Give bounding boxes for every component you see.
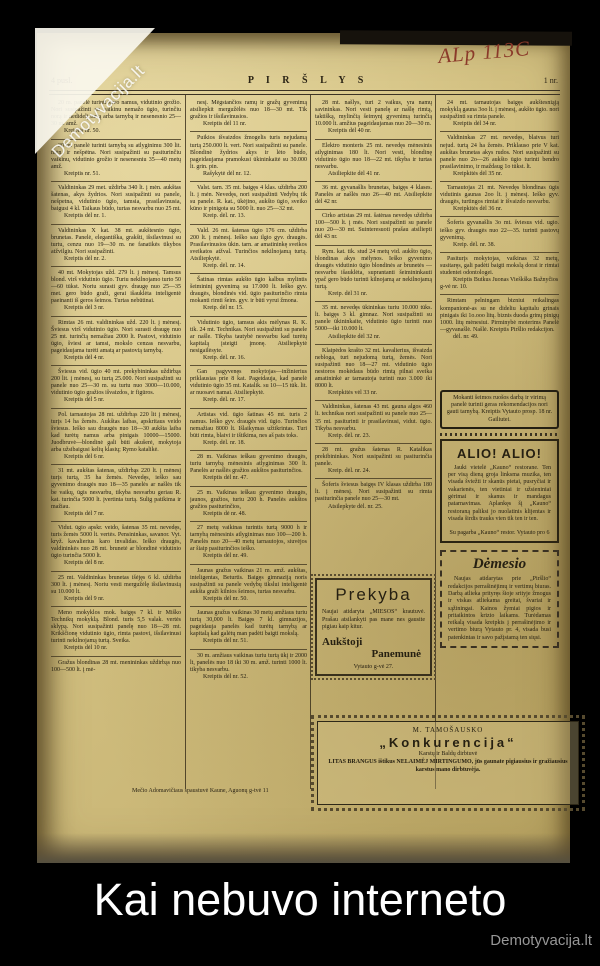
- ads-list-1: 20 m. panelė turinti savo namus, vidutin…: [51, 97, 181, 789]
- ad-reference: Kreiptis dėl 4 nr.: [51, 355, 181, 362]
- ad-reference: Rašykytė dėl nr. 12.: [190, 171, 307, 178]
- ad-text: Gražus blondinas 28 mt. menininkas uždir…: [51, 660, 181, 674]
- classified-ad: 30 m. amžiaus vaikinas turiu turtą ūkį i…: [190, 649, 307, 681]
- classified-ad: Gražus blondinas 28 mt. menininkas uždir…: [51, 656, 181, 674]
- konkurencija-title: „Konkurencija“: [326, 735, 570, 750]
- ad-text: Meno mokyklos mok. baigęs 7 kl. ir Miško…: [51, 610, 181, 645]
- classified-ad: Meno mokyklos mok. baigęs 7 kl. ir Miško…: [51, 606, 181, 653]
- classified-ad: 28 mt. gražus šatenas R. Katalikas preki…: [315, 443, 432, 475]
- prekyba-address: Vytauto g-vė 27.: [322, 664, 425, 670]
- classified-ad: 35 mt. nevedęs ūkininkas turiu 10.000 tū…: [315, 301, 432, 341]
- classified-ad: 40 mt. Mokytojas užd. 279 lt. į mėnesį. …: [51, 266, 181, 313]
- classified-ad: 25 mt. Valdininkas brunetas išėjęs 6 kl.…: [51, 571, 181, 603]
- classified-ad: Tarnautojas 21 mt. Nevedęs blondinas ūgi…: [440, 181, 559, 213]
- ad-text: 30 m. amžiaus vaikinas turiu turtą ūkį i…: [190, 653, 307, 674]
- alio-ad-box: ALIO! ALIO! Jauki vietelė „Kauno“ restor…: [440, 439, 559, 544]
- prekyba-place-line2: Panemunė: [322, 648, 421, 660]
- ads-column-3: 28 mt. našlys, turi 2 vaikus, yra namų s…: [315, 97, 432, 789]
- demesio-body: Naujas atidarytas prie „Piršlio“ redakci…: [448, 576, 551, 642]
- ad-reference: Kreiptis nr. 51.: [51, 171, 181, 178]
- prekyba-ad-box: Prekyba Naujai atidaryta „MIESOS“ krautu…: [315, 578, 432, 676]
- ad-text: Valdininkas X kat. 38 mt. aukštesnio ūgi…: [51, 228, 181, 256]
- demotivational-poster: 4 pusl. P I R Š L Y S 1 nr. 20 m. panelė…: [0, 0, 600, 966]
- ad-text: Pasiturįs mokytojas, vaikinas 32 metų, s…: [440, 256, 559, 277]
- classified-ad: Vidut. ūgio apskr. veido, šatenas 35 mt.…: [51, 521, 181, 568]
- ad-text: Vidutinio ūgio, tamsus akis mėlynas R. K…: [190, 320, 307, 355]
- ad-reference: Kreipkitės dėl 35 nr.: [440, 171, 559, 178]
- printer-imprint: Mečio Adomavičiaus spaustuvė Kaune, Aguo…: [132, 788, 269, 794]
- classified-ad: Puikios išvaizdos žmogelis turis nejudam…: [190, 131, 307, 178]
- classified-ad: Pol. tarnautojas 28 mt. uždirbąs 220 lit…: [51, 408, 181, 462]
- konkurencija-body: LITAS BRANGUS ištikus NELAIMĖJ MIRTINGUM…: [326, 759, 570, 774]
- ad-text: Jaunas gražus vaikinas 21 m. amž. aukšta…: [190, 568, 307, 596]
- ad-text: Šviesus vid. ūgio 40 mt. prekybininkas u…: [51, 369, 181, 397]
- ad-text: 25 m. Vaikinas ieškau gyvenimo draugės, …: [190, 490, 307, 511]
- classified-ad: 36 mt. gyvanašlis brunetas, baigęs 4 kla…: [315, 181, 432, 206]
- ad-text: Gan pagyvenęs mokytojas—inžinierius prik…: [190, 369, 307, 397]
- ad-text: Vald. 26 mt. šatenas ūgio 176 cm. uždirb…: [190, 228, 307, 263]
- column-divider: [185, 95, 186, 789]
- classified-ad: Šoferis šviesus baigęs IV klasas uždirba…: [315, 478, 432, 510]
- ad-reference: Kreip. dėl. nr. 18.: [190, 440, 307, 447]
- ad-text: 27 metų vaikinas turintis turtą 9000 h i…: [190, 525, 307, 553]
- ad-reference: Kreip. dėl. nr. 17.: [190, 397, 307, 404]
- classified-ad: Gan pagyvenęs mokytojas—inžinierius prik…: [190, 365, 307, 405]
- ad-text: Jaunas gražus vaikinas 30 metų amžiaus t…: [190, 610, 307, 638]
- framed-classified-ad: Mokanti šeimos ruošos darbą ir virimą pa…: [440, 390, 559, 429]
- ad-reference: Kreip. dėl. nr. 14.: [190, 263, 307, 270]
- ads-list-4: 24 mt. tarnautojas baigęs aukštesniąją m…: [440, 97, 559, 385]
- ad-text: 28 mt. gražus šatenas R. Katalikas preki…: [315, 447, 432, 468]
- ad-text: 28 mt. našlys, turi 2 vaikus, yra namų s…: [315, 100, 432, 128]
- ad-text: Klaipėdos krašto 32 mt. kavalierius, išv…: [315, 348, 432, 390]
- ad-reference: Kreiptis dėl nr. 51.: [190, 638, 307, 645]
- ad-reference: Kreiptis dėl 3 nr.: [51, 305, 181, 312]
- classified-ad: Rimtam pelningam bizniui reikalingas kom…: [440, 294, 559, 341]
- ad-reference: Kreiptis dėl nr. 1.: [51, 213, 181, 220]
- konkurencija-ad-box: M. TAMOŠAUSKO „Konkurencija“ Karstų ir B…: [317, 721, 579, 805]
- ad-reference: Kreip. dėl. nr. 13.: [190, 213, 307, 220]
- classified-ad: Valdininkas 27 mt. nevedęs, blaivus turi…: [440, 131, 559, 178]
- prekyba-place-line1: Aukštoji: [322, 636, 425, 648]
- classified-ad: Rym. kat. tik. stud 24 metų vid. aukšto …: [315, 245, 432, 299]
- ad-text: Valst. tarn. 35 mt. baigęs 4 klas. uždir…: [190, 185, 307, 213]
- site-credit: Demotyvacija.lt: [490, 932, 592, 949]
- classified-ad: nesį. Mėgstančios ramų ir gražų gyvenimą…: [190, 97, 307, 128]
- ad-text: Valdininkas 27 mt. nevedęs, blaivus turi…: [440, 135, 559, 170]
- prekyba-body: Naujai atidaryta „MIESOS“ krautuvė. Praš…: [322, 609, 425, 632]
- ad-text: Šoferis gyvanašlis 3o mt. šviesus vid. u…: [440, 220, 559, 241]
- ad-reference: Atsilepkyte dėl. nr. 25.: [315, 504, 432, 511]
- ad-reference: Kreiptis dėl 9 nr.: [51, 596, 181, 603]
- alio-title: ALIO! ALIO!: [448, 446, 551, 461]
- alio-signoff: Su pagarba „Kauno“ restor. Vytauto pro 6: [448, 530, 551, 536]
- prekyba-title: Prekyba: [322, 585, 425, 605]
- ad-text: Šatinas rimtas aukšto ūgio kalbus mylint…: [190, 277, 307, 305]
- ad-reference: Kreip. dėl. nr. 16.: [190, 355, 307, 362]
- konkurencija-subtitle: Karstų ir Baldų dirbtuvė: [326, 751, 570, 757]
- classified-ad: 27 metų vaikinas turintis turtą 9000 h i…: [190, 521, 307, 561]
- poster-caption: Kai nebuvo interneto: [0, 874, 600, 926]
- classified-ad: Valdininkas 29 met. uždirba 340 lt. į mė…: [51, 181, 181, 221]
- ad-text: Vidut. ūgio apskr. veido, šatenas 35 mt.…: [51, 525, 181, 560]
- ads-list-2: nesį. Mėgstančios ramų ir gražų gyvenimą…: [190, 97, 307, 789]
- classified-ad: 25 m. Vaikinas ieškau gyvenimo draugės, …: [190, 486, 307, 518]
- ads-list-3: 28 mt. našlys, turi 2 vaikus, yra namų s…: [315, 97, 432, 573]
- ads-column-1: 20 m. panelė turinti savo namus, vidutin…: [51, 97, 181, 789]
- ad-text: 36 mt. gyvanašlis brunetas, baigęs 4 kla…: [315, 185, 432, 206]
- classified-ad: Jaunas gražus vaikinas 30 metų amžiaus t…: [190, 606, 307, 646]
- ad-reference: Kreip. dėl. nr. 24.: [315, 468, 432, 475]
- ad-text: Pol. tarnautojas 28 mt. uždirbąs 220 lit…: [51, 412, 181, 454]
- ad-text: 24 mt. tarnautojas baigęs aukštesniąją m…: [440, 100, 559, 121]
- ad-text: Rimtam pelningam bizniui reikalingas kom…: [440, 298, 559, 333]
- konkurencija-owner: M. TAMOŠAUSKO: [326, 726, 570, 734]
- ads-column-2: nesį. Mėgstančios ramų ir gražų gyvenimą…: [190, 97, 307, 789]
- ad-reference: Kreip. dėl nr. 15.: [190, 305, 307, 312]
- classified-ad: Šviesus vid. ūgio 40 mt. prekybininkas u…: [51, 365, 181, 405]
- ad-text: Cirko artistas 29 mt. šatėnas nevedęs už…: [315, 213, 432, 241]
- alio-body: Jauki vietelė „Kauno“ restorane. Ten per…: [448, 465, 551, 524]
- classified-ad: Šoferis gyvanašlis 3o mt. šviesus vid. u…: [440, 216, 559, 248]
- ad-reference: Kreiptis dėl 11 nr.: [190, 121, 307, 128]
- classified-ad: 28 mt. našlys, turi 2 vaikus, yra namų s…: [315, 97, 432, 136]
- ad-text: Tarnautojas 21 mt. Nevedęs blondinas ūgi…: [440, 185, 559, 206]
- ad-text: Puikios išvaizdos žmogelis turis nejudam…: [190, 135, 307, 170]
- ad-text: 40 mt. Mokytojas užd. 279 lt. į mėnesį. …: [51, 270, 181, 305]
- issue-number-label: 1 nr.: [544, 76, 558, 85]
- ad-text: Elektro monteris 25 mt. nevedęs mėnesini…: [315, 143, 432, 171]
- ad-reference: Kreiptis dėl nr. 50.: [190, 596, 307, 603]
- ad-text: 25 mt. Valdininkas brunetas išėjęs 6 kl.…: [51, 575, 181, 596]
- column-divider: [435, 95, 436, 789]
- ad-text: Rym. kat. tik. stud 24 metų vid. aukšto …: [315, 249, 432, 291]
- ad-text: 35 mt. nevedęs ūkininkas turiu 10.000 tū…: [315, 305, 432, 333]
- ad-reference: Kreipkitės vėl 33 nr.: [315, 390, 432, 397]
- newspaper-page: 4 pusl. P I R Š L Y S 1 nr. 20 m. panelė…: [37, 33, 570, 863]
- classified-ad: Elektro monteris 25 mt. nevedęs mėnesini…: [315, 139, 432, 179]
- ad-reference: Atsiliepkite dėl 41 nr.: [315, 171, 432, 178]
- ad-reference: Kreiptis dėl 7 nr.: [51, 511, 181, 518]
- ad-reference: Kreip. dėl. nr. 38.: [440, 242, 559, 249]
- ad-reference: Kreiptis dėl 34 nr.: [440, 121, 559, 128]
- ad-reference: Kreiptis Butkus Juonas Vieškška Bažnyčio…: [440, 277, 559, 291]
- ad-text: 31 mt. aukštas šatenas, uždirbąs 220 lt.…: [51, 468, 181, 510]
- ad-reference: Kreiptis dėl nr. 49.: [190, 553, 307, 560]
- ad-reference: Kreiptis dėl nr. 2.: [51, 256, 181, 263]
- ad-text: nesį. Mėgstančios ramų ir gražų gyvenimą…: [190, 100, 307, 121]
- ad-text: Rimtas 26 mt. valdininkas užd. 220 lt. į…: [51, 320, 181, 355]
- demesio-ad-box: Dėmesio Naujas atidarytas prie „Piršlio“…: [440, 550, 559, 648]
- ad-text: Artistas vid. ūgio šatinas 45 mt. turis …: [190, 412, 307, 440]
- classified-ad: Vald. 26 mt. šatenas ūgio 176 cm. uždirb…: [190, 224, 307, 271]
- ad-text: Valdininkas 29 met. uždirba 340 lt. į mė…: [51, 185, 181, 213]
- ad-reference: Kreip. dėl 31 nr.: [315, 291, 432, 298]
- ad-reference: Kreiptis dė nr. 48.: [190, 511, 307, 518]
- classified-ad: Artistas vid. ūgio šatinas 45 mt. turis …: [190, 408, 307, 448]
- framed-ad-text: Mokanti šeimos ruošos darbą ir virimą pa…: [446, 395, 553, 424]
- classified-ad: Šatinas rimtas aukšto ūgio kalbus mylint…: [190, 273, 307, 313]
- classified-ad: Vidutinio ūgio, tamsus akis mėlynas R. K…: [190, 316, 307, 363]
- classified-ad: Jaunas gražus vaikinas 21 m. amž. aukšta…: [190, 564, 307, 604]
- classified-ad: Valdininkas, šatenas 43 mt. gauna algos …: [315, 400, 432, 440]
- ad-reference: Atsiliepkite dėl 32 nr.: [315, 334, 432, 341]
- ad-reference: Kreiptis dėl nr. 47.: [190, 475, 307, 482]
- ad-text: Šoferis šviesus baigęs IV klasas uždirba…: [315, 482, 432, 503]
- ad-reference: dėl. nr. 49.: [440, 334, 559, 341]
- ad-text: 28 m. Vaikinas ieškau gyvenimo draugės, …: [190, 454, 307, 475]
- ad-reference: Kreip. dėl. nr. 23.: [315, 433, 432, 440]
- column-divider: [310, 95, 311, 789]
- ad-reference: Kreiptis dėl 5 nr.: [51, 397, 181, 404]
- classified-ad: Pasiturįs mokytojas, vaikinas 32 metų, s…: [440, 252, 559, 292]
- ornament-divider: [440, 433, 559, 436]
- ad-reference: Kreiptis dėl 10 nr.: [51, 645, 181, 652]
- classified-ad: Klaipėdos krašto 32 mt. kavalierius, išv…: [315, 344, 432, 398]
- ad-reference: Kreiptis dėl 8 nr.: [51, 560, 181, 567]
- classified-ad: Valdininkas X kat. 38 mt. aukštesnio ūgi…: [51, 224, 181, 264]
- ad-reference: Kreiptis dėl 40 nr.: [315, 128, 432, 135]
- classified-ad: Rimtas 26 mt. valdininkas užd. 220 lt. į…: [51, 316, 181, 363]
- demesio-title: Dėmesio: [448, 556, 551, 573]
- newspaper-title: P I R Š L Y S: [248, 75, 368, 86]
- classified-ad: 24 mt. tarnautojas baigęs aukštesniąją m…: [440, 97, 559, 128]
- classified-ad: Valst. tarn. 35 mt. baigęs 4 klas. uždir…: [190, 181, 307, 221]
- ads-column-4: 24 mt. tarnautojas baigęs aukštesniąją m…: [440, 97, 559, 747]
- ad-reference: Kreipkitės dėl 36 nr.: [440, 206, 559, 213]
- classified-ad: 31 mt. aukštas šatenas, uždirbąs 220 lt.…: [51, 464, 181, 518]
- ad-text: Valdininkas, šatenas 43 mt. gauna algos …: [315, 404, 432, 432]
- classified-ad: 28 m. Vaikinas ieškau gyvenimo draugės, …: [190, 450, 307, 482]
- ad-reference: Kreiptis dėl 6 nr.: [51, 454, 181, 461]
- ad-reference: Kreiptis dėl nr. 52.: [190, 674, 307, 681]
- classified-ad: Cirko artistas 29 mt. šatėnas nevedęs už…: [315, 209, 432, 241]
